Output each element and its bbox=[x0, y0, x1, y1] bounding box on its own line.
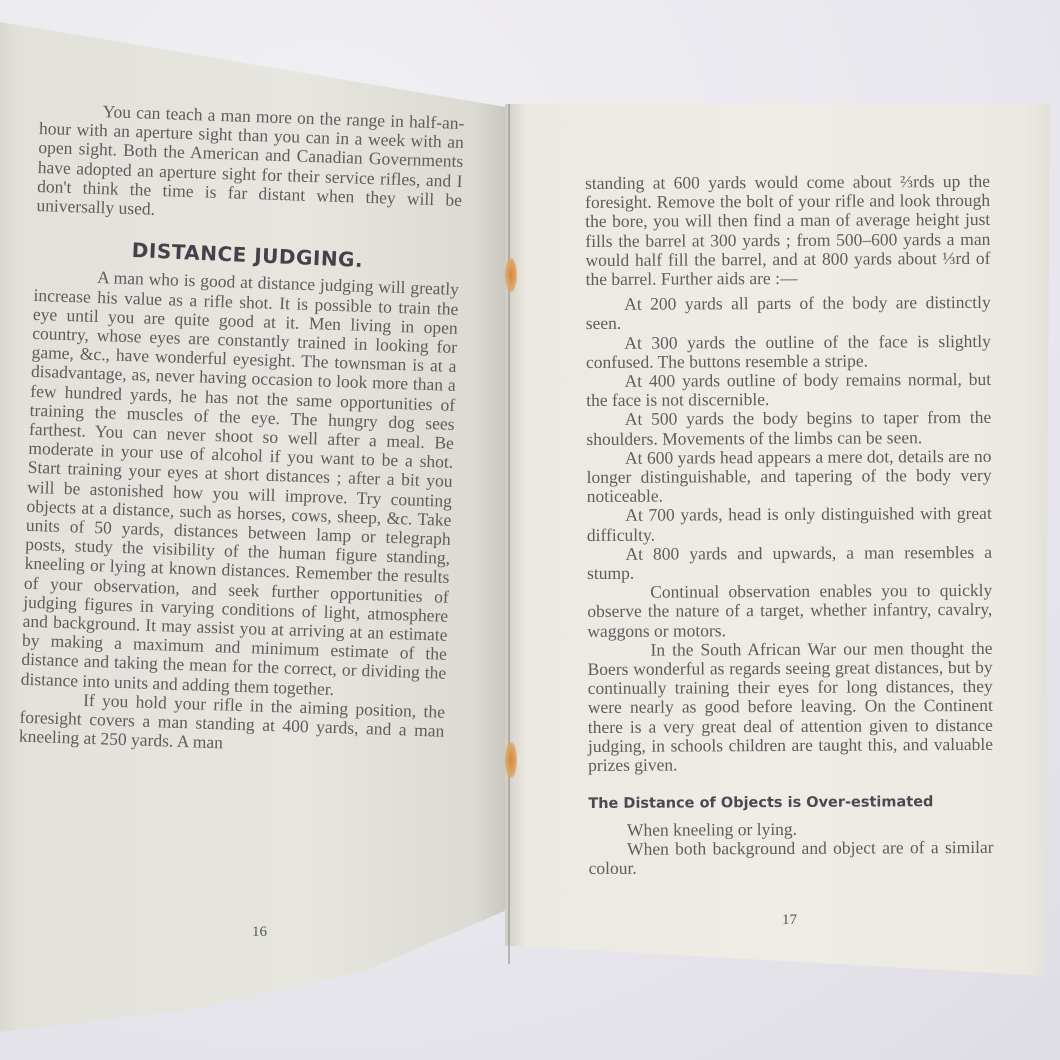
rust-stain-upper bbox=[505, 258, 517, 292]
observation-paragraph: Continual observation enables you to qui… bbox=[587, 581, 992, 641]
intro-paragraph: You can teach a man more on the range in… bbox=[36, 100, 465, 229]
distance-judging-paragraph: A man who is good at distance judging wi… bbox=[20, 266, 459, 702]
right-page-number: 17 bbox=[782, 912, 797, 929]
overestimated-item: When both background and object are of a… bbox=[588, 838, 993, 879]
aid-item: At 200 yards all parts of the body are d… bbox=[586, 293, 991, 334]
aid-item: At 500 yards the body begins to taper fr… bbox=[586, 408, 991, 449]
boer-war-paragraph: In the South African War our men thought… bbox=[587, 639, 993, 776]
right-page-text: standing at 600 yards would come about ⅔… bbox=[585, 172, 994, 878]
continuation-paragraph: standing at 600 yards would come about ⅔… bbox=[585, 172, 991, 289]
left-page-text: You can teach a man more on the range in… bbox=[19, 100, 465, 760]
aid-item: At 700 yards, head is only distinguished… bbox=[587, 504, 992, 545]
aid-item: At 300 yards the outline of the face is … bbox=[586, 332, 991, 373]
rust-stain-lower bbox=[505, 742, 517, 778]
aid-item: At 400 yards outline of body remains nor… bbox=[586, 370, 991, 411]
aid-item: At 800 yards and upwards, a man resemble… bbox=[587, 543, 992, 584]
overestimated-heading: The Distance of Objects is Over-estimate… bbox=[588, 793, 993, 814]
aid-item: At 600 yards head appears a mere dot, de… bbox=[586, 447, 991, 507]
left-page-number: 16 bbox=[252, 924, 267, 941]
book-gutter bbox=[508, 104, 510, 964]
